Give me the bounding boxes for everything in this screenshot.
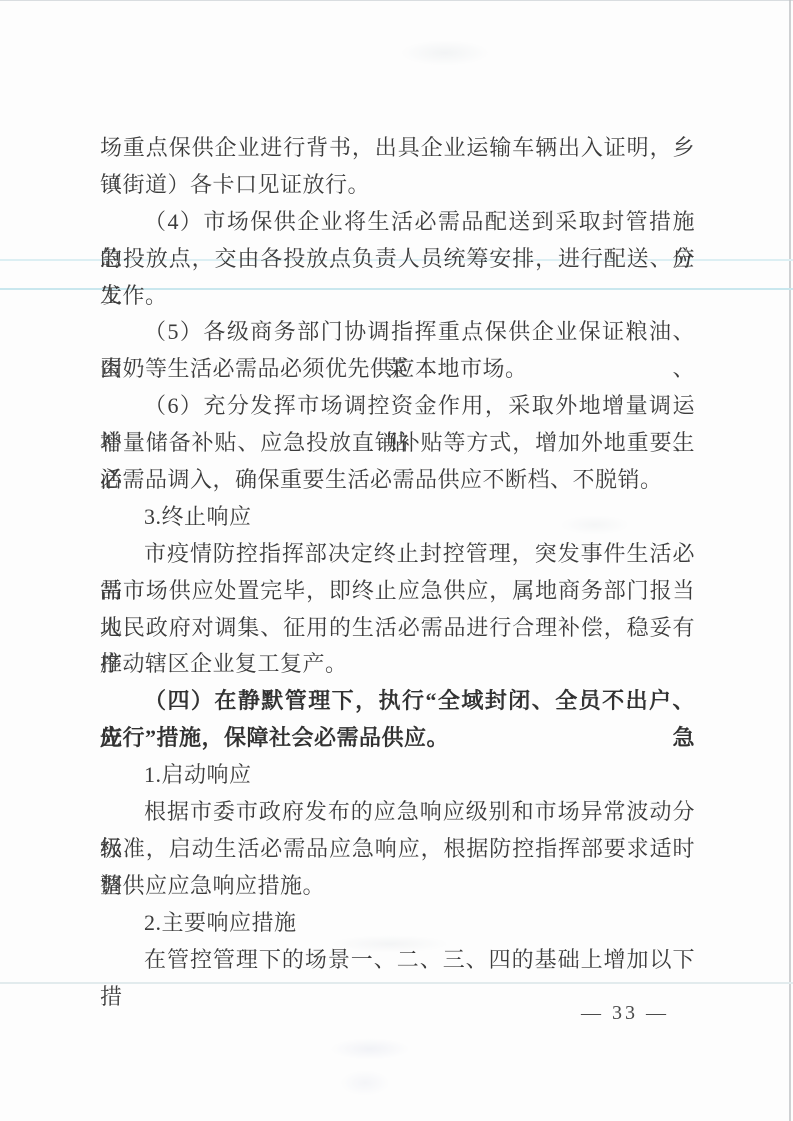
text-line: 3.终止响应	[100, 499, 695, 536]
scan-smudge	[400, 40, 490, 66]
text-line: 在管控管理下的场景一、二、三、四的基础上增加以下措	[100, 942, 695, 979]
text-line: 推动辖区企业复工复产。	[100, 646, 695, 683]
text-line: 必需品调入，确保重要生活必需品供应不断档、不脱销。	[100, 462, 695, 499]
text-line: （6）充分发挥市场调控资金作用，采取外地增量调运补贴、	[100, 388, 695, 425]
text-line: （街道）各卡口见证放行。	[100, 167, 695, 204]
text-line: 人民政府对调集、征用的生活必需品进行合理补偿，稳妥有序	[100, 610, 695, 647]
document-page: 场重点保供企业进行背书，出具企业运输车辆出入证明，乡镇（街道）各卡口见证放行。（…	[0, 0, 793, 1121]
document-lines: 场重点保供企业进行背书，出具企业运输车辆出入证明，乡镇（街道）各卡口见证放行。（…	[100, 130, 695, 978]
text-line: （四）在静默管理下，执行“全域封闭、全员不出户、应急	[100, 683, 695, 720]
text-line: 场重点保供企业进行背书，出具企业运输车辆出入证明，乡镇	[100, 130, 695, 167]
scan-right-edge-line	[789, 0, 791, 1121]
text-line: 整供应应急响应措施。	[100, 868, 695, 905]
text-line: 品市场供应处置完毕，即终止应急供应，属地商务部门报当地	[100, 573, 695, 610]
text-line: （4）市场保供企业将生活必需品配送到采取封管措施的应	[100, 204, 695, 241]
scan-smudge	[340, 1070, 390, 1096]
text-line: 增量储备补贴、应急投放直销补贴等方式，增加外地重要生活	[100, 425, 695, 462]
text-line: 2.主要响应措施	[100, 905, 695, 942]
text-line: 工作。	[100, 278, 695, 315]
scan-top-edge-line	[0, 0, 793, 1]
text-line: 市疫情防控指挥部决定终止封控管理，突发事件生活必需	[100, 536, 695, 573]
text-line: 1.启动响应	[100, 757, 695, 794]
page-number: — 33 —	[570, 1002, 680, 1025]
text-line: 根据市委市政府发布的应急响应级别和市场异常波动分级	[100, 794, 695, 831]
scan-smudge	[330, 1038, 410, 1060]
text-line: （5）各级商务部门协调指挥重点保供企业保证粮油、肉菜、	[100, 314, 695, 351]
text-line: 急投放点，交由各投放点负责人员统筹安排，进行配送、分发	[100, 241, 695, 278]
text-line: 标准，启动生活必需品应急响应，根据防控指挥部要求适时调	[100, 831, 695, 868]
